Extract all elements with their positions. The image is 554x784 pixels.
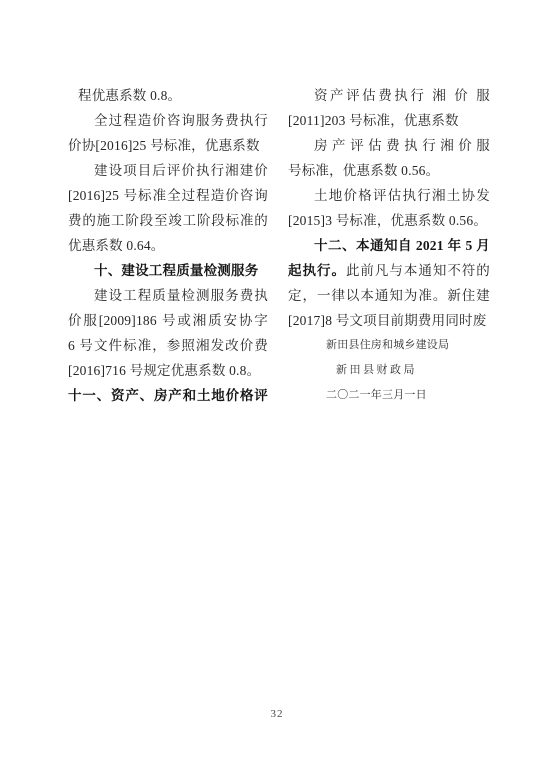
text-line: [2015]3 号标准，优惠系数 0.56。 <box>288 208 490 233</box>
text-line: 费的施工阶段至竣工阶段标准的 10%， <box>68 208 268 233</box>
bold-text-run: 起执行。 <box>288 263 346 278</box>
text-line: 程优惠系数 0.8。 <box>68 83 268 108</box>
text-line: 十一、资产、房产和土地价格评估费 <box>68 383 268 408</box>
text-line: [2016]716 号规定优惠系数 0.8。 <box>68 358 268 383</box>
text-line: 价服[2009]186 号或湘质安协字〔2017〕 <box>68 308 268 333</box>
text-line: 建设项目后评价执行湘建价协 <box>68 158 268 183</box>
text-line: [2016]25 号标准全过程造价咨询服务 <box>68 183 268 208</box>
text-line: 房产评估费执行湘价服[2003]179 <box>288 133 490 158</box>
text-line: 起执行。此前凡与本通知不符的有关规 <box>288 258 490 283</box>
document-page: 程优惠系数 0.8。全过程造价咨询服务费执行湘建价协[2016]25 号标准，优… <box>0 0 554 784</box>
text-line: 资产评估费执行 湘 价 服 <box>288 83 490 108</box>
right-text-column: 资产评估费执行 湘 价 服[2011]203 号标准，优惠系数 0.7。房产评估… <box>288 83 490 408</box>
text-line: 十、建设工程质量检测服务费 <box>68 258 268 283</box>
text-line: 定，一律以本通知为准。新住建发 <box>288 283 490 308</box>
text-line: 十二、本通知自 2021 年 5 月 8 日 <box>288 233 490 258</box>
text-line: 新田县住房和城乡建设局 <box>288 333 490 358</box>
text-line: 价协[2016]25 号标准，优惠系数 0.64。 <box>68 133 268 158</box>
text-line: 土地价格评估执行湘土协发 <box>288 183 490 208</box>
text-line: 6 号文件标准，参照湘发改价费 <box>68 333 268 358</box>
text-line: 二〇二一年三月一日 <box>288 383 490 408</box>
text-line: 建设工程质量检测服务费执行湘 <box>68 283 268 308</box>
page-number: 32 <box>0 705 554 723</box>
text-line: 优惠系数 0.64。 <box>68 233 268 258</box>
left-text-column: 程优惠系数 0.8。全过程造价咨询服务费执行湘建价协[2016]25 号标准，优… <box>68 83 268 408</box>
text-line: 新田县财政局 <box>288 358 490 383</box>
text-line: 全过程造价咨询服务费执行湘建 <box>68 108 268 133</box>
text-line: [2017]8 号文项目前期费用同时废止。 <box>288 308 490 333</box>
text-line: [2011]203 号标准，优惠系数 0.7。 <box>288 108 490 133</box>
text-line: 号标准，优惠系数 0.56。 <box>288 158 490 183</box>
